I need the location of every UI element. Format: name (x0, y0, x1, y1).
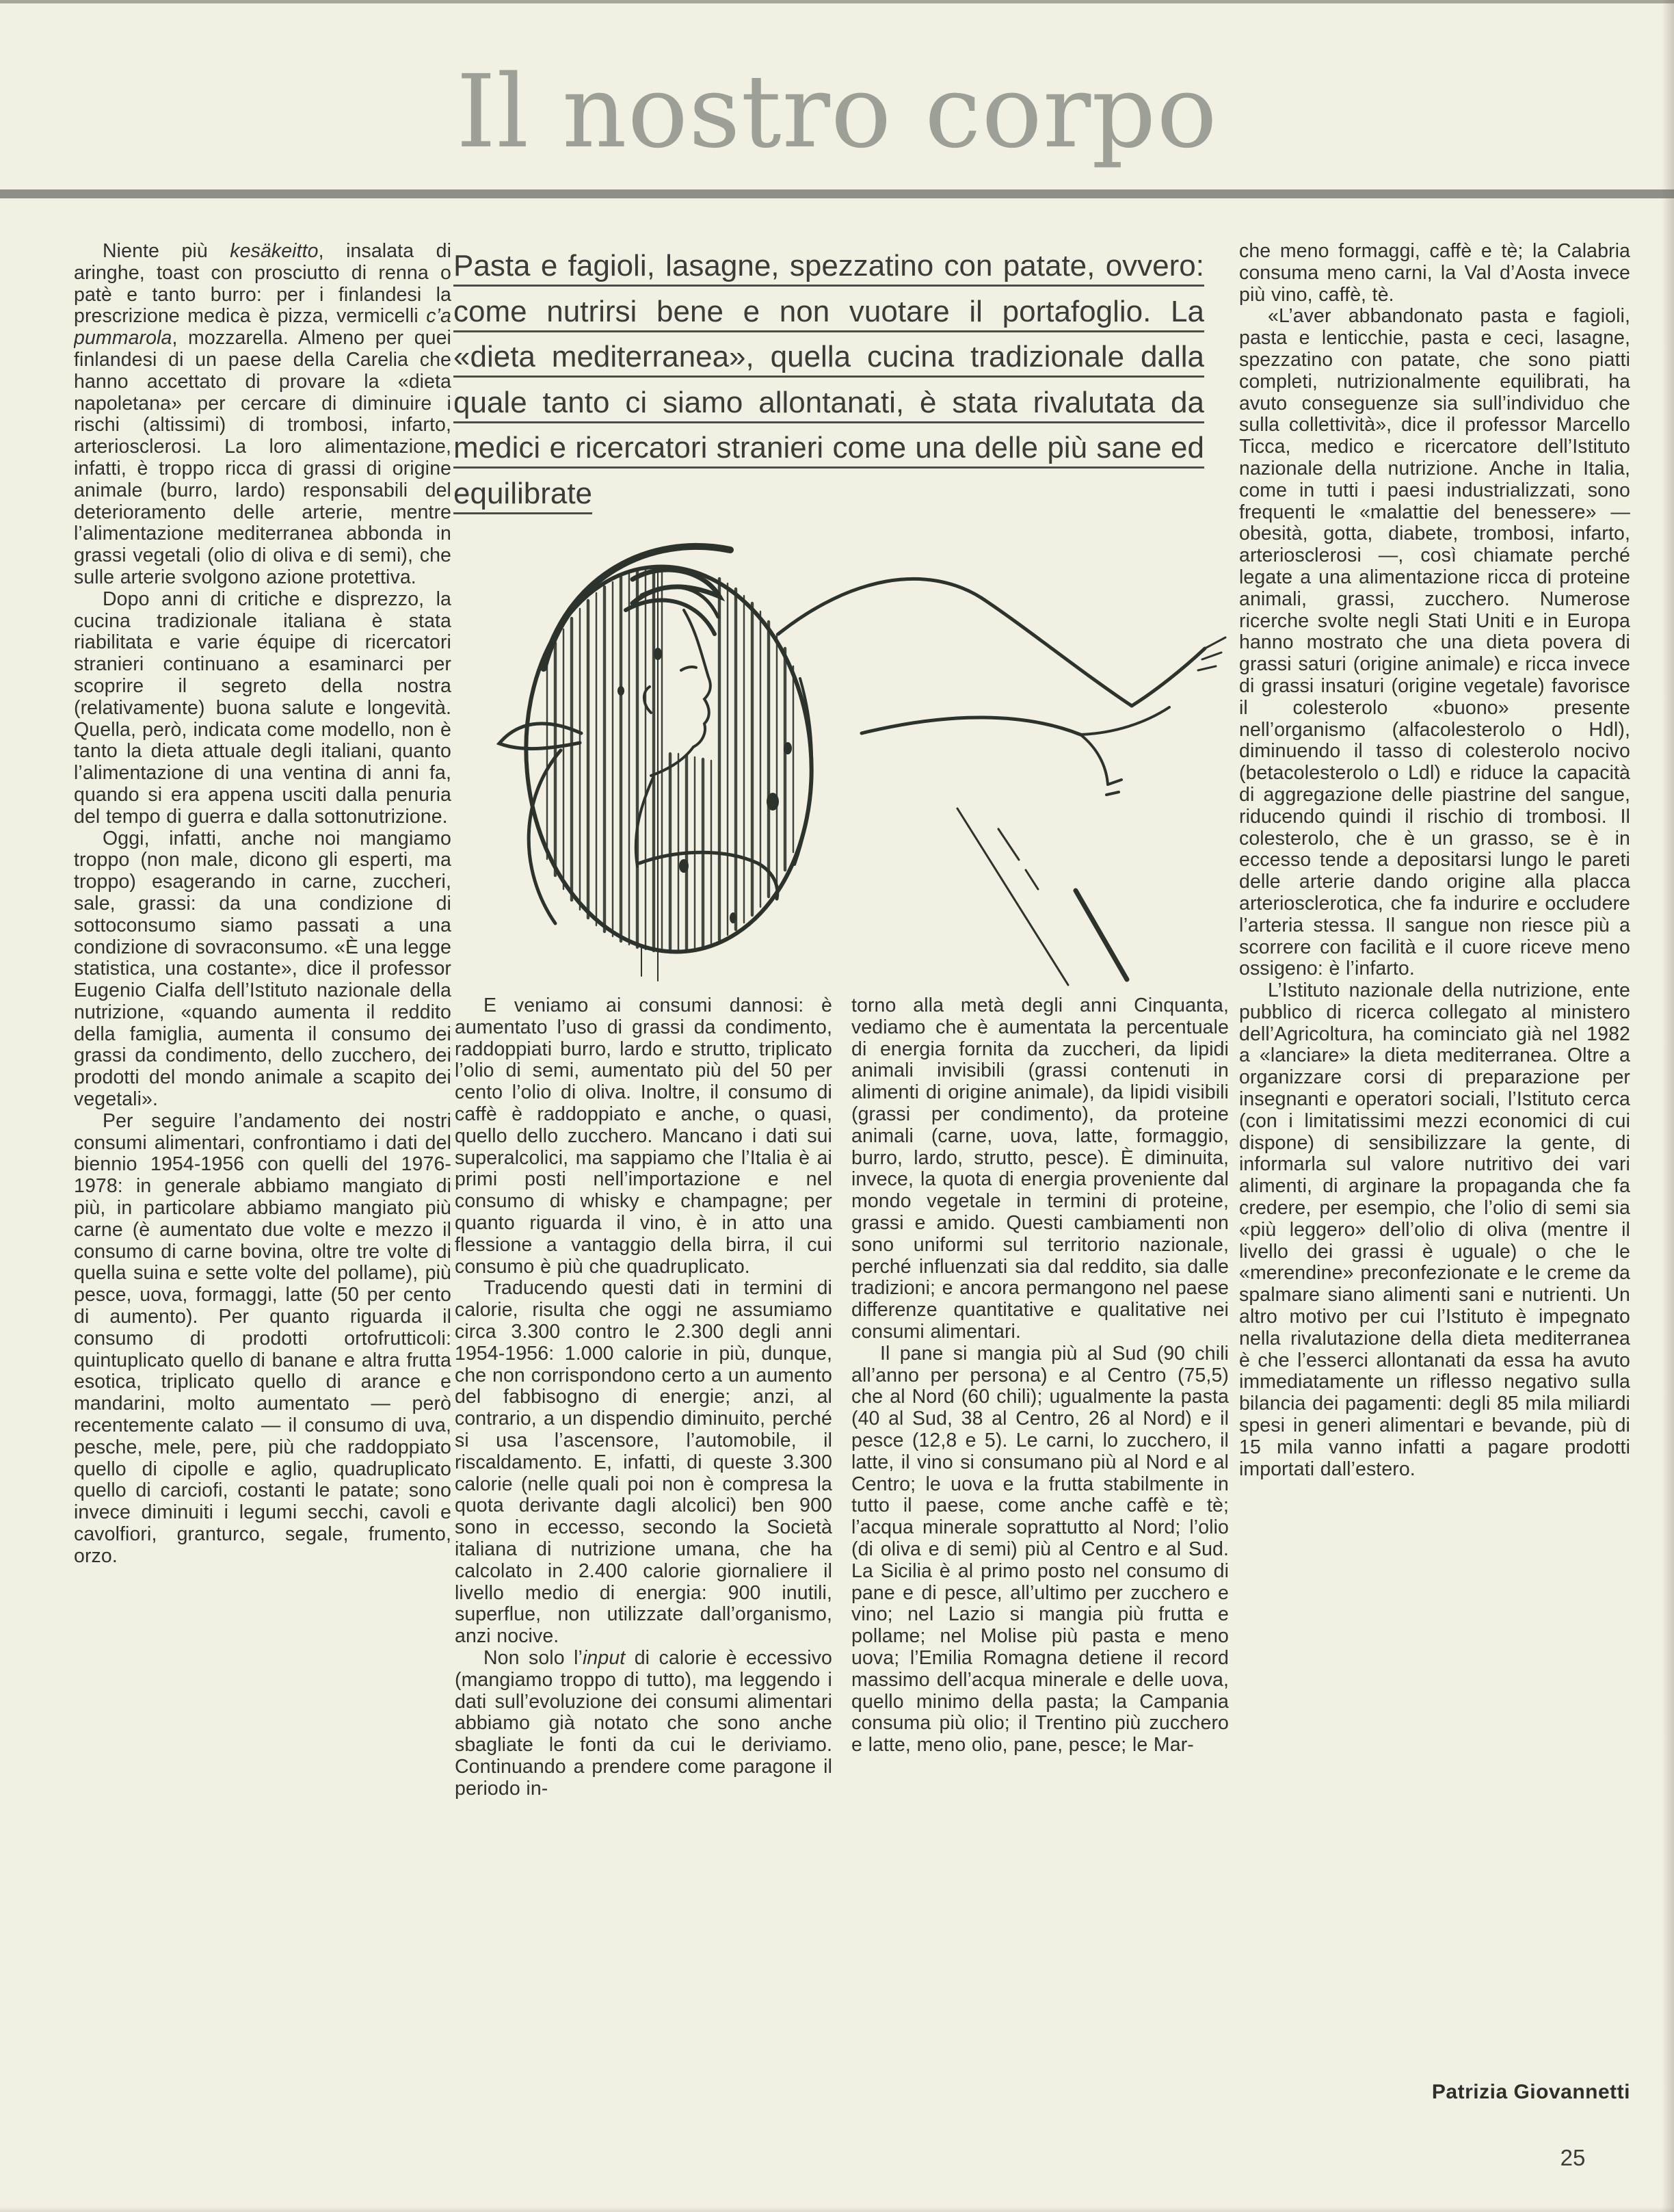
author-byline: Patrizia Giovannetti (1239, 2081, 1630, 2104)
paragraph: «L’aver abbandonato pasta e fagioli, pas… (1239, 306, 1630, 980)
reclining-figure-illustration (479, 508, 1238, 986)
standfirst-text: Pasta e fagioli, lasagne, spezzatino con… (453, 249, 1204, 510)
magazine-page: Il nostro corpo Niente più kesäkeitto, i… (0, 0, 1674, 2212)
page-title: Il nostro corpo (0, 53, 1674, 170)
paragraph: Traducendo questi dati in termini di cal… (455, 1278, 832, 1648)
paragraph: Niente più kesäkeitto, insalata di aring… (74, 241, 451, 589)
paragraph: L’Istituto nazionale della nutrizione, e… (1239, 980, 1630, 1480)
article-column-3: torno alla metà degli anni Cinquanta, ve… (851, 995, 1229, 2124)
article-column-4: che meno formaggi, caffè e tè; la Calabr… (1239, 241, 1630, 2101)
article-column-1: Niente più kesäkeitto, insalata di aring… (74, 241, 451, 2156)
paragraph: E veniamo ai consumi dannosi: è aumentat… (455, 995, 832, 1278)
scan-bottom-edge-shadow (0, 2207, 1674, 2212)
standfirst: Pasta e fagioli, lasagne, spezzatino con… (453, 243, 1204, 516)
paragraph: Per seguire l’andamento dei nostri consu… (74, 1111, 451, 1568)
article-column-2: E veniamo ai consumi dannosi: è aumentat… (455, 995, 832, 2151)
paragraph: Dopo anni di critiche e disprezzo, la cu… (74, 589, 451, 828)
page-top-edge-rule (0, 0, 1674, 3)
page-number: 25 (1532, 2145, 1614, 2171)
title-rule (0, 189, 1674, 198)
paragraph: che meno formaggi, caffè e tè; la Calabr… (1239, 241, 1630, 306)
paragraph: Oggi, infatti, anche noi mangiamo troppo… (74, 828, 451, 1111)
paragraph: Non solo l’input di calorie è eccessivo … (455, 1648, 832, 1800)
scan-right-edge-shadow (1662, 0, 1674, 2212)
ink-sketch-drawing (479, 508, 1238, 986)
paragraph: Il pane si mangia più al Sud (90 chili a… (851, 1343, 1229, 1756)
paragraph: torno alla metà degli anni Cinquanta, ve… (851, 995, 1229, 1343)
